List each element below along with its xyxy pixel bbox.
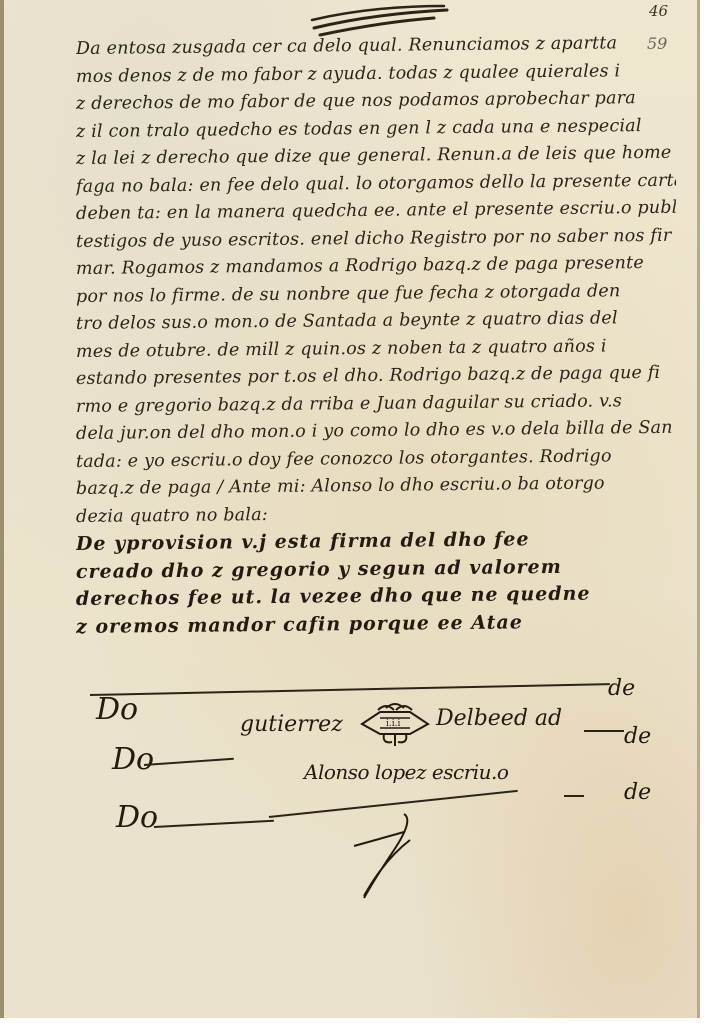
- signature-rule: [144, 758, 234, 766]
- signature-rule: [154, 820, 274, 828]
- right-mark-3: de: [624, 780, 651, 805]
- second-signature: Alonso lopez escriu.o: [304, 760, 508, 784]
- right-mark-1: de: [608, 676, 635, 701]
- signature-flourish-icon: [344, 810, 424, 900]
- closing-rule: [90, 683, 610, 696]
- signature-dash: [564, 795, 584, 797]
- left-mark-1: Do: [96, 692, 138, 727]
- folio-number: 46: [649, 2, 668, 20]
- notary-sign-mark-icon: i.i.i: [356, 700, 434, 746]
- svg-text:i.i.i: i.i.i: [386, 719, 400, 729]
- right-mark-2: de: [624, 724, 651, 749]
- marginal-note-line: z oremos mandor cafin porque ee Atae: [76, 607, 676, 641]
- notary-signature-right: Delbeed ad: [436, 706, 562, 731]
- signature-rule: [584, 730, 624, 732]
- manuscript-page: 46 59 Da entosa zusgada cer ca delo qual…: [0, 0, 700, 1018]
- left-mark-2: Do: [112, 742, 154, 777]
- notary-signature-left: gutierrez: [240, 712, 343, 737]
- left-mark-3: Do: [116, 800, 158, 835]
- manuscript-body: Da entosa zusgada cer ca delo qual. Renu…: [76, 36, 676, 641]
